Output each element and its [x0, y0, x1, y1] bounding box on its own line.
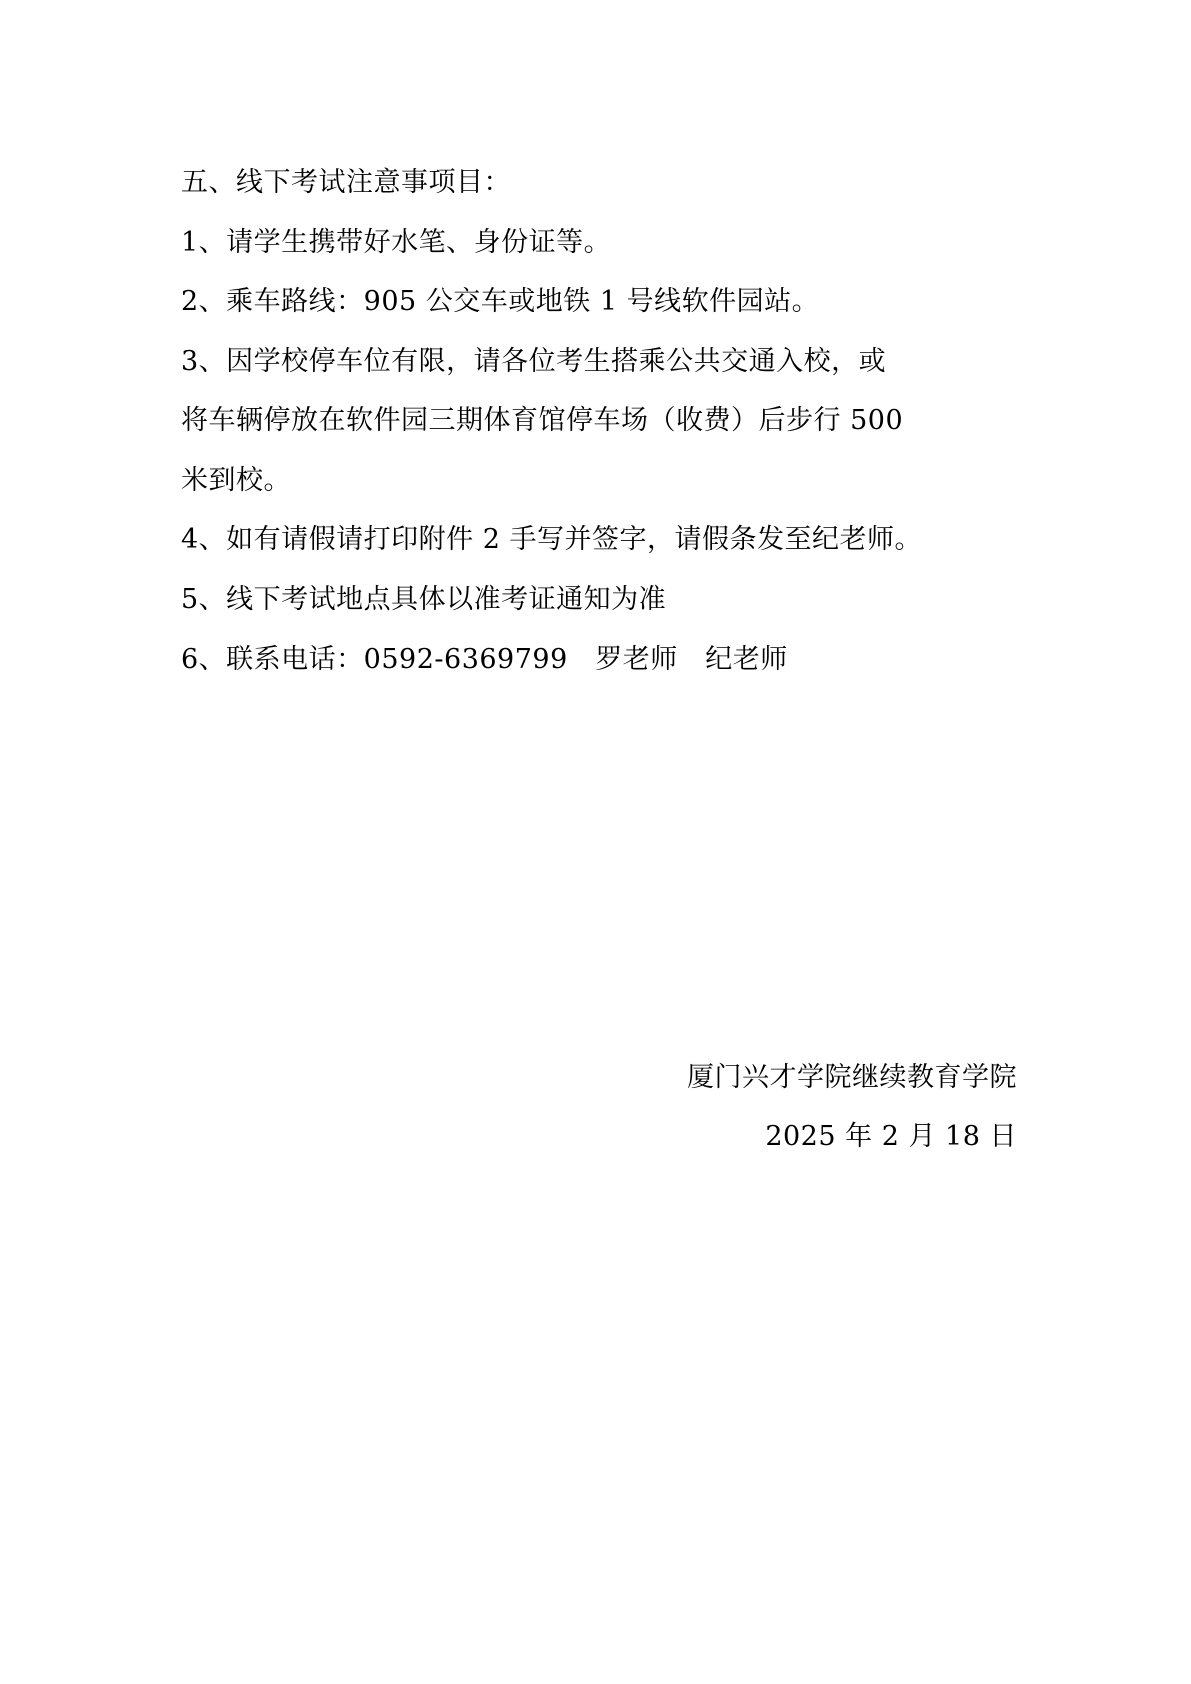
notice-item-3-line-2: 将车辆停放在软件园三期体育馆停车场（收费）后步行 500: [181, 406, 903, 436]
signature-date: 2025 年 2 月 18 日: [765, 1122, 1017, 1152]
notice-item-3-line-1: 3、因学校停车位有限，请各位考生搭乘公共交通入校，或: [181, 347, 886, 377]
notice-item-6-contact: 6、联系电话：0592-6369799 罗老师 纪老师: [181, 645, 788, 675]
document-page: 五、线下考试注意事项目： 1、请学生携带好水笔、身份证等。 2、乘车路线：905…: [0, 0, 1191, 1684]
notice-item-3-line-3: 米到校。: [181, 466, 291, 496]
notice-item-4: 4、如有请假请打印附件 2 手写并签字，请假条发至纪老师。: [181, 525, 922, 555]
notice-item-5: 5、线下考试地点具体以准考证通知为准: [181, 585, 666, 615]
section-heading: 五、线下考试注意事项目：: [181, 168, 511, 198]
signature-organization: 厦门兴才学院继续教育学院: [687, 1063, 1017, 1093]
notice-item-2: 2、乘车路线：905 公交车或地铁 1 号线软件园站。: [181, 287, 819, 317]
notice-item-1: 1、请学生携带好水笔、身份证等。: [181, 228, 611, 258]
